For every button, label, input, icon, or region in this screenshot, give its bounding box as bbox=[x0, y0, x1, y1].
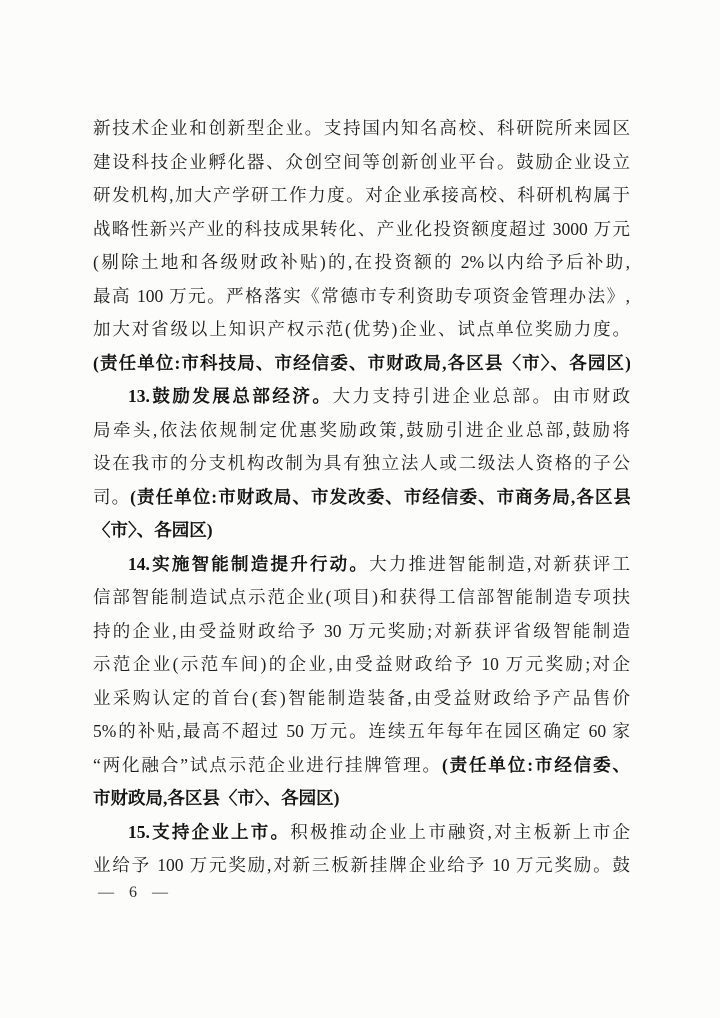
body-text: 最高 100 万元。严格落实《常德市专利资助专项资金管理办法》, bbox=[93, 286, 630, 306]
text-line: 示范企业(示范车间)的企业,由受益财政给予 10 万元奖励;对企 bbox=[93, 648, 630, 682]
text-line: 战略性新兴产业的科技成果转化、产业化投资额度超过 3000 万元 bbox=[93, 213, 630, 247]
document-body: 新技术企业和创新型企业。支持国内知名高校、科研院所来园区建设科技企业孵化器、众创… bbox=[93, 112, 630, 883]
body-text: 示范企业(示范车间)的企业,由受益财政给予 10 万元奖励;对企 bbox=[93, 654, 630, 674]
document-page: 新技术企业和创新型企业。支持国内知名高校、科研院所来园区建设科技企业孵化器、众创… bbox=[0, 0, 720, 1018]
body-text: 加大对省级以上知识产权示范(优势)企业、试点单位奖励力度。 bbox=[93, 319, 630, 339]
text-line: “两化融合”试点示范企业进行挂牌管理。(责任单位:市经信委、 bbox=[93, 749, 630, 783]
responsibility-unit-text: (责任单位:市财政局、市发改委、市经信委、市商务局,各区县 bbox=[130, 487, 630, 507]
body-text: 研发机构,加大产学研工作力度。对企业承接高校、科研机构属于 bbox=[93, 185, 630, 205]
text-line: 〈市〉、各园区) bbox=[93, 514, 630, 548]
body-text: 持的企业,由受益财政给予 30 万元奖励;对新获评省级智能制造 bbox=[93, 621, 630, 641]
body-text: 司。 bbox=[93, 487, 130, 507]
text-line: 业给予 100 万元奖励,对新三板新挂牌企业给予 10 万元奖励。鼓 bbox=[93, 849, 630, 883]
body-text: (剔除土地和各级财政补贴)的,在投资额的 2%以内给予后补助, bbox=[93, 252, 630, 272]
body-text: 5%的补贴,最高不超过 50 万元。连续五年每年在园区确定 60 家 bbox=[93, 721, 630, 741]
body-text: 新技术企业和创新型企业。支持国内知名高校、科研院所来园区 bbox=[93, 118, 630, 138]
text-line: 新技术企业和创新型企业。支持国内知名高校、科研院所来园区 bbox=[93, 112, 630, 146]
item-heading: 13.鼓励发展总部经济。 bbox=[128, 386, 332, 406]
text-line: 加大对省级以上知识产权示范(优势)企业、试点单位奖励力度。 bbox=[93, 313, 630, 347]
text-line: 司。(责任单位:市财政局、市发改委、市经信委、市商务局,各区县 bbox=[93, 481, 630, 515]
body-text: 积极推动企业上市融资,对主板新上市企 bbox=[290, 822, 630, 842]
text-line: (责任单位:市科技局、市经信委、市财政局,各区县〈市〉、各园区) bbox=[93, 347, 630, 381]
item-heading: 15.支持企业上市。 bbox=[128, 822, 290, 842]
page-number: — 6 — bbox=[98, 884, 169, 902]
text-line: 14.实施智能制造提升行动。大力推进智能制造,对新获评工 bbox=[93, 548, 630, 582]
text-line: 建设科技企业孵化器、众创空间等创新创业平台。鼓励企业设立 bbox=[93, 146, 630, 180]
responsibility-unit-text: (责任单位:市经信委、 bbox=[442, 755, 630, 775]
body-text: 设在我市的分支机构改制为具有独立法人或二级法人资格的子公 bbox=[93, 453, 630, 473]
text-line: 信部智能制造试点示范企业(项目)和获得工信部智能制造专项扶 bbox=[93, 581, 630, 615]
responsibility-unit-text: 〈市〉、各园区) bbox=[93, 520, 213, 540]
responsibility-unit-text: (责任单位:市科技局、市经信委、市财政局,各区县〈市〉、各园区) bbox=[93, 353, 630, 373]
body-text: 大力支持引进企业总部。由市财政 bbox=[332, 386, 630, 406]
body-text: “两化融合”试点示范企业进行挂牌管理。 bbox=[93, 755, 442, 775]
body-text: 局牵头,依法依规制定优惠奖励政策,鼓励引进企业总部,鼓励将 bbox=[93, 420, 630, 440]
text-line: 局牵头,依法依规制定优惠奖励政策,鼓励引进企业总部,鼓励将 bbox=[93, 414, 630, 448]
body-text: 业给予 100 万元奖励,对新三板新挂牌企业给予 10 万元奖励。鼓 bbox=[93, 855, 630, 875]
text-line: 研发机构,加大产学研工作力度。对企业承接高校、科研机构属于 bbox=[93, 179, 630, 213]
text-line: 5%的补贴,最高不超过 50 万元。连续五年每年在园区确定 60 家 bbox=[93, 715, 630, 749]
text-line: 业采购认定的首台(套)智能制造装备,由受益财政给予产品售价 bbox=[93, 682, 630, 716]
text-line: (剔除土地和各级财政补贴)的,在投资额的 2%以内给予后补助, bbox=[93, 246, 630, 280]
text-line: 市财政局,各区县〈市〉、各园区) bbox=[93, 782, 630, 816]
body-text: 建设科技企业孵化器、众创空间等创新创业平台。鼓励企业设立 bbox=[93, 152, 630, 172]
text-line: 持的企业,由受益财政给予 30 万元奖励;对新获评省级智能制造 bbox=[93, 615, 630, 649]
text-line: 15.支持企业上市。积极推动企业上市融资,对主板新上市企 bbox=[93, 816, 630, 850]
body-text: 信部智能制造试点示范企业(项目)和获得工信部智能制造专项扶 bbox=[93, 587, 630, 607]
item-heading: 14.实施智能制造提升行动。 bbox=[128, 554, 369, 574]
text-line: 最高 100 万元。严格落实《常德市专利资助专项资金管理办法》, bbox=[93, 280, 630, 314]
text-line: 设在我市的分支机构改制为具有独立法人或二级法人资格的子公 bbox=[93, 447, 630, 481]
body-text: 战略性新兴产业的科技成果转化、产业化投资额度超过 3000 万元 bbox=[93, 219, 630, 239]
responsibility-unit-text: 市财政局,各区县〈市〉、各园区) bbox=[93, 788, 339, 808]
body-text: 大力推进智能制造,对新获评工 bbox=[369, 554, 630, 574]
text-line: 13.鼓励发展总部经济。大力支持引进企业总部。由市财政 bbox=[93, 380, 630, 414]
body-text: 业采购认定的首台(套)智能制造装备,由受益财政给予产品售价 bbox=[93, 688, 630, 708]
